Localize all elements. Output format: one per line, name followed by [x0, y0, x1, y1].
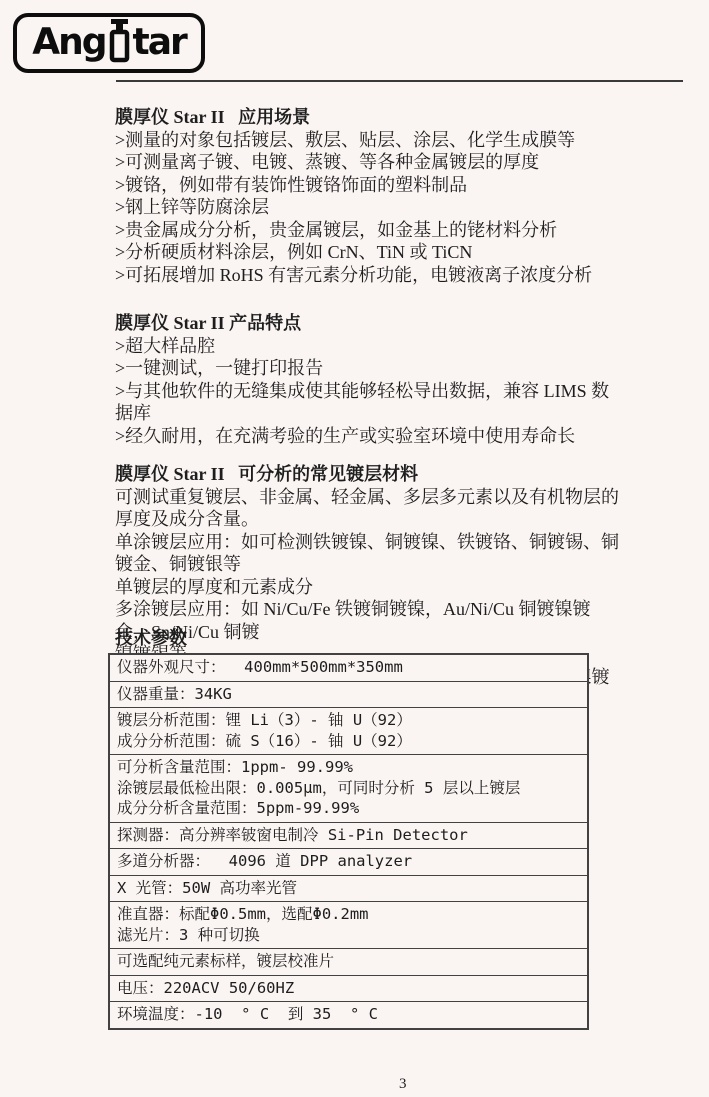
- content-sections: 膜厚仪 Star II 应用场景>测量的对象包括镀层、敷层、贴层、涂层、化学生成…: [115, 106, 623, 711]
- spec-line: 准直器：标配Φ0.5mm，选配Φ0.2mm: [117, 904, 580, 925]
- spec-line: 滤光片：3 种可切换: [117, 925, 580, 946]
- logo-text-left: Ang: [32, 25, 105, 62]
- spec-row: 探测器：高分辨率铍窗电制冷 Si-Pin Detector: [110, 823, 587, 850]
- section-line: >一键测试，一键打印报告: [115, 357, 623, 380]
- spec-line: 镀层分析范围：锂 Li（3）- 铀 U（92）: [117, 710, 580, 731]
- section-line: >可测量离子镀、电镀、蒸镀、等各种金属镀层的厚度: [115, 151, 623, 174]
- spec-row: 可分析含量范围：1ppm- 99.99%涂镀层最低检出限：0.005μm，可同时…: [110, 755, 587, 823]
- spec-line: 仪器外观尺寸： 400mm*500mm*350mm: [117, 657, 580, 678]
- spec-row: X 光管：50W 高功率光管: [110, 876, 587, 903]
- logo-text-right: tar: [133, 25, 186, 62]
- section-0: 膜厚仪 Star II 应用场景>测量的对象包括镀层、敷层、贴层、涂层、化学生成…: [115, 106, 623, 286]
- section-line: >经久耐用，在充满考验的生产或实验室环境中使用寿命长: [115, 425, 623, 448]
- section-line: >超大样品腔: [115, 335, 623, 358]
- section-1: 膜厚仪 Star II 产品特点>超大样品腔>一键测试，一键打印报告>与其他软件…: [115, 312, 623, 447]
- spec-line: 电压：220ACV 50/60HZ: [117, 978, 580, 999]
- spec-table: 仪器外观尺寸： 400mm*500mm*350mm仪器重量：34KG镀层分析范围…: [108, 653, 589, 1030]
- spec-line: 可选配纯元素标样，镀层校准片: [117, 951, 580, 972]
- spec-row: 电压：220ACV 50/60HZ: [110, 976, 587, 1003]
- spec-line: 仪器重量：34KG: [117, 684, 580, 705]
- section-line: 单镀层的厚度和元素成分: [115, 576, 623, 599]
- section-heading: 膜厚仪 Star II 应用场景: [115, 106, 623, 129]
- spec-line: 探测器：高分辨率铍窗电制冷 Si-Pin Detector: [117, 825, 580, 846]
- spec-line: X 光管：50W 高功率光管: [117, 878, 580, 899]
- spec-line: 多道分析器： 4096 道 DPP analyzer: [117, 851, 580, 872]
- spec-line: 成分分析范围：硫 S（16）- 铀 U（92）: [117, 731, 580, 752]
- section-line: >镀铬，例如带有装饰性镀铬饰面的塑料制品: [115, 174, 623, 197]
- spec-row: 镀层分析范围：锂 Li（3）- 铀 U（92）成分分析范围：硫 S（16）- 铀…: [110, 708, 587, 755]
- spec-row: 环境温度：-10 ° C 到 35 ° C: [110, 1002, 587, 1028]
- page-number: 3: [399, 1076, 407, 1093]
- specs-heading: 技术参数: [115, 628, 589, 649]
- header-divider: [116, 80, 683, 82]
- spec-row: 仪器外观尺寸： 400mm*500mm*350mm: [110, 655, 587, 682]
- spec-row: 仪器重量：34KG: [110, 682, 587, 709]
- section-line: >与其他软件的无缝集成使其能够轻松导出数据，兼容 LIMS 数据库: [115, 380, 623, 425]
- spec-line: 环境温度：-10 ° C 到 35 ° C: [117, 1004, 580, 1025]
- section-heading: 膜厚仪 Star II 可分析的常见镀层材料: [115, 463, 623, 486]
- logo: Ang tar: [13, 13, 205, 73]
- spec-row: 可选配纯元素标样，镀层校准片: [110, 949, 587, 976]
- spec-row: 准直器：标配Φ0.5mm，选配Φ0.2mm滤光片：3 种可切换: [110, 902, 587, 949]
- section-line: >贵金属成分分析，贵金属镀层，如金基上的铑材料分析: [115, 219, 623, 242]
- section-line: >钢上锌等防腐涂层: [115, 196, 623, 219]
- section-line: >分析硬质材料涂层，例如 CrN、TiN 或 TiCN: [115, 241, 623, 264]
- spec-row: 多道分析器： 4096 道 DPP analyzer: [110, 849, 587, 876]
- section-line: >可拓展增加 RoHS 有害元素分析功能，电镀液离子浓度分析: [115, 264, 623, 287]
- spec-line: 成分分析含量范围：5ppm-99.99%: [117, 798, 580, 819]
- spec-line: 涂镀层最低检出限：0.005μm，可同时分析 5 层以上镀层: [117, 778, 580, 799]
- calibration-weight-icon: [108, 19, 131, 63]
- section-line: 可测试重复镀层、非金属、轻金属、多层多元素以及有机物层的厚度及成分含量。: [115, 486, 623, 531]
- section-line: 单涂镀层应用：如可检测铁镀镍、铜镀镍、铁镀铬、铜镀锡、铜镀金、铜镀银等: [115, 531, 623, 576]
- specs-block: 技术参数 仪器外观尺寸： 400mm*500mm*350mm仪器重量：34KG镀…: [108, 628, 589, 1030]
- section-line: >测量的对象包括镀层、敷层、贴层、涂层、化学生成膜等: [115, 129, 623, 152]
- spec-line: 可分析含量范围：1ppm- 99.99%: [117, 757, 580, 778]
- section-heading: 膜厚仪 Star II 产品特点: [115, 312, 623, 335]
